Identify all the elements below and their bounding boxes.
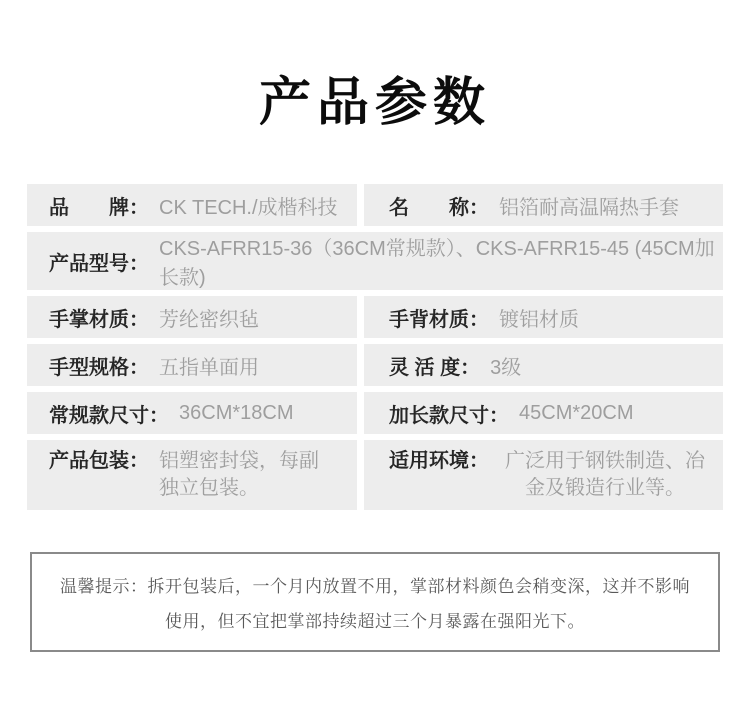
spec-label: 加长款尺寸： xyxy=(389,399,509,428)
spec-cell-back-material: 手背材质： 镀铝材质 xyxy=(364,296,723,338)
spec-cell-model: 产品型号： CKS-AFRR15-36（36CM常规款）、CKS-AFRR15-… xyxy=(27,232,723,290)
spec-cell-packaging: 产品包装： 铝塑密封袋，每副独立包装。 xyxy=(27,440,357,510)
spec-value: CK TECH./成楷科技 xyxy=(159,191,338,220)
spec-value: 45CM*20CM xyxy=(519,402,633,425)
spec-row-brand-name: 品 牌： CK TECH./成楷科技 名 称： 铝箔耐高温隔热手套 xyxy=(27,184,723,226)
spec-cell-environment: 适用环境： 广泛用于钢铁制造、冶金及锻造行业等。 xyxy=(364,440,723,510)
spec-label: 常规款尺寸： xyxy=(49,399,169,428)
spec-value: 3级 xyxy=(490,351,521,380)
notice-box: 温馨提示：拆开包装后，一个月内放置不用，掌部材料颜色会稍变深，这并不影响 使用，… xyxy=(30,552,720,652)
spec-table: 品 牌： CK TECH./成楷科技 名 称： 铝箔耐高温隔热手套 产品型号： … xyxy=(27,184,723,510)
spec-cell-regular-size: 常规款尺寸： 36CM*18CM xyxy=(27,392,357,434)
spec-cell-flexibility: 灵 活 度： 3级 xyxy=(364,344,723,386)
spec-label: 手型规格： xyxy=(49,351,149,380)
spec-label: 名 称： xyxy=(389,191,489,220)
spec-value: 五指单面用 xyxy=(159,351,259,380)
spec-value: 铝箔耐高温隔热手套 xyxy=(499,191,679,220)
spec-cell-palm-material: 手掌材质： 芳纶密织毡 xyxy=(27,296,357,338)
spec-label: 灵 活 度： xyxy=(389,351,480,380)
spec-label: 手背材质： xyxy=(389,303,489,332)
spec-value: 铝塑密封袋，每副独立包装。 xyxy=(159,448,331,502)
spec-value: 镀铝材质 xyxy=(499,303,579,332)
spec-label: 适用环境： xyxy=(389,448,489,475)
spec-cell-extended-size: 加长款尺寸： 45CM*20CM xyxy=(364,392,723,434)
spec-row-shape-flexibility: 手型规格： 五指单面用 灵 活 度： 3级 xyxy=(27,344,723,386)
spec-label: 品 牌： xyxy=(49,191,149,220)
notice-line: 温馨提示：拆开包装后，一个月内放置不用，掌部材料颜色会稍变深，这并不影响 xyxy=(32,569,718,604)
notice-line: 使用，但不宜把掌部持续超过三个月暴露在强阳光下。 xyxy=(32,604,718,639)
spec-value: 36CM*18CM xyxy=(179,402,293,425)
spec-value: CKS-AFRR15-36（36CM常规款）、CKS-AFRR15-45 (45… xyxy=(159,232,717,290)
spec-cell-product-name: 名 称： 铝箔耐高温隔热手套 xyxy=(364,184,723,226)
spec-cell-hand-shape: 手型规格： 五指单面用 xyxy=(27,344,357,386)
spec-row-sizes: 常规款尺寸： 36CM*18CM 加长款尺寸： 45CM*20CM xyxy=(27,392,723,434)
spec-row-materials: 手掌材质： 芳纶密织毡 手背材质： 镀铝材质 xyxy=(27,296,723,338)
spec-value: 芳纶密织毡 xyxy=(159,303,259,332)
spec-label: 产品包装： xyxy=(49,448,149,475)
spec-row-packaging-environment: 产品包装： 铝塑密封袋，每副独立包装。 适用环境： 广泛用于钢铁制造、冶金及锻造… xyxy=(27,440,723,510)
spec-label: 手掌材质： xyxy=(49,303,149,332)
spec-label: 产品型号： xyxy=(49,247,149,276)
spec-row-model: 产品型号： CKS-AFRR15-36（36CM常规款）、CKS-AFRR15-… xyxy=(27,232,723,290)
spec-cell-brand: 品 牌： CK TECH./成楷科技 xyxy=(27,184,357,226)
spec-value: 广泛用于钢铁制造、冶金及锻造行业等。 xyxy=(499,448,711,502)
page-title: 产品参数 xyxy=(0,74,750,132)
